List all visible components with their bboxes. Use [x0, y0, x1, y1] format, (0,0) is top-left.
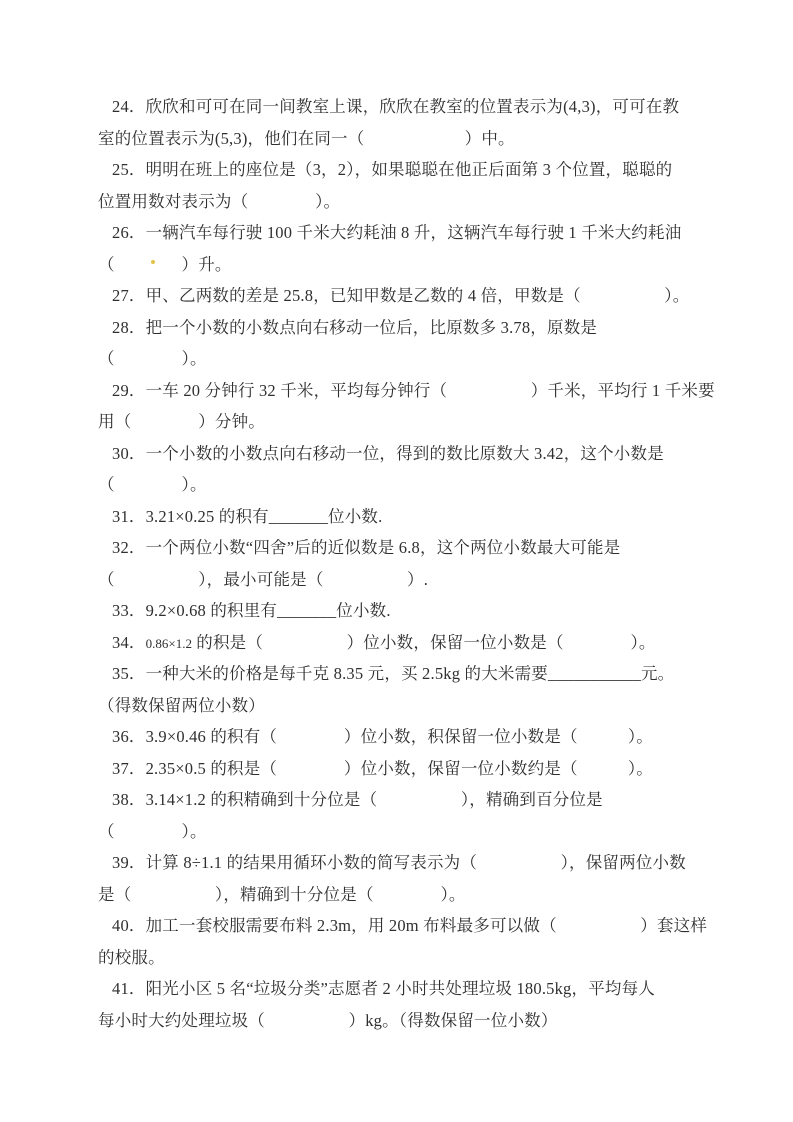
question-line: 40．加工一套校服需要布料 2.3m，用 20m 布料最多可以做（ ）套这样	[98, 910, 698, 942]
question-24: 24．欣欣和可可在同一间教室上课，欣欣在教室的位置表示为(4,3)，可可在教室的…	[98, 91, 698, 154]
question-line: 36．3.9×0.46 的积有（ ）位小数，积保留一位小数是（ ）。	[98, 721, 698, 753]
question-34: 34．0.86×1.2 的积是（ ）位小数，保留一位小数是（ ）。	[98, 627, 698, 659]
question-line: 37．2.35×0.5 的积是（ ）位小数，保留一位小数约是（ ）。	[98, 753, 698, 785]
question-line: 的校服。	[98, 942, 698, 974]
question-37: 37．2.35×0.5 的积是（ ）位小数，保留一位小数约是（ ）。	[98, 753, 698, 785]
question-29: 29．一车 20 分钟行 32 千米，平均每分钟行（ ）千米，平均行 1 千米要…	[98, 375, 698, 438]
question-line: 是（ ），精确到十分位是（ ）。	[98, 879, 698, 911]
question-35: 35．一种大米的价格是每千克 8.35 元，买 2.5kg 的大米需要_____…	[98, 658, 698, 721]
worksheet-page: 24．欣欣和可可在同一间教室上课，欣欣在教室的位置表示为(4,3)，可可在教室的…	[0, 0, 793, 1122]
question-line: （ ），最小可能是（ ）.	[98, 564, 698, 596]
question-line: 27．甲、乙两数的差是 25.8，已知甲数是乙数的 4 倍，甲数是（ ）。	[98, 280, 698, 312]
question-line: 位置用数对表示为（ ）。	[98, 186, 698, 218]
question-line: 24．欣欣和可可在同一间教室上课，欣欣在教室的位置表示为(4,3)，可可在教	[98, 91, 698, 123]
question-25: 25．明明在班上的座位是（3，2），如果聪聪在他正后面第 3 个位置，聪聪的位置…	[98, 154, 698, 217]
question-line: （得数保留两位小数）	[98, 690, 698, 722]
question-line: （ ）升。	[98, 249, 698, 281]
question-line: 31．3.21×0.25 的积有_______位小数.	[98, 501, 698, 533]
question-26: 26．一辆汽车每行驶 100 千米大约耗油 8 升，这辆汽车每行驶 1 千米大约…	[98, 217, 698, 280]
question-line: 33．9.2×0.68 的积里有_______位小数.	[98, 595, 698, 627]
question-33: 33．9.2×0.68 的积里有_______位小数.	[98, 595, 698, 627]
question-40: 40．加工一套校服需要布料 2.3m，用 20m 布料最多可以做（ ）套这样的校…	[98, 910, 698, 973]
question-line: 32．一个两位小数“四舍”后的近似数是 6.8，这个两位小数最大可能是	[98, 532, 698, 564]
question-30: 30．一个小数的小数点向右移动一位，得到的数比原数大 3.42，这个小数是（ ）…	[98, 438, 698, 501]
question-line: 26．一辆汽车每行驶 100 千米大约耗油 8 升，这辆汽车每行驶 1 千米大约…	[98, 217, 698, 249]
question-line: 30．一个小数的小数点向右移动一位，得到的数比原数大 3.42，这个小数是	[98, 438, 698, 470]
question-36: 36．3.9×0.46 的积有（ ）位小数，积保留一位小数是（ ）。	[98, 721, 698, 753]
question-27: 27．甲、乙两数的差是 25.8，已知甲数是乙数的 4 倍，甲数是（ ）。	[98, 280, 698, 312]
question-line: 29．一车 20 分钟行 32 千米，平均每分钟行（ ）千米，平均行 1 千米要	[98, 375, 698, 407]
question-line: 39．计算 8÷1.1 的结果用循环小数的简写表示为（ ），保留两位小数	[98, 847, 698, 879]
question-31: 31．3.21×0.25 的积有_______位小数.	[98, 501, 698, 533]
question-32: 32．一个两位小数“四舍”后的近似数是 6.8，这个两位小数最大可能是（ ），最…	[98, 532, 698, 595]
question-line: （ ）。	[98, 343, 698, 375]
question-line: 35．一种大米的价格是每千克 8.35 元，买 2.5kg 的大米需要_____…	[98, 658, 698, 690]
question-line: （ ）。	[98, 469, 698, 501]
stray-yellow-dot	[151, 260, 155, 264]
question-list: 24．欣欣和可可在同一间教室上课，欣欣在教室的位置表示为(4,3)，可可在教室的…	[98, 91, 698, 1036]
question-line: （ ）。	[98, 816, 698, 848]
question-38: 38．3.14×1.2 的积精确到十分位是（ ），精确到百分位是（ ）。	[98, 784, 698, 847]
question-39: 39．计算 8÷1.1 的结果用循环小数的简写表示为（ ），保留两位小数是（ ）…	[98, 847, 698, 910]
question-line: 34．0.86×1.2 的积是（ ）位小数，保留一位小数是（ ）。	[98, 627, 698, 659]
question-line: 38．3.14×1.2 的积精确到十分位是（ ），精确到百分位是	[98, 784, 698, 816]
question-line: 28．把一个小数的小数点向右移动一位后，比原数多 3.78，原数是	[98, 312, 698, 344]
question-41: 41．阳光小区 5 名“垃圾分类”志愿者 2 小时共处理垃圾 180.5kg，平…	[98, 973, 698, 1036]
inline-equation: 0.86×1.2	[146, 636, 192, 651]
question-line: 每小时大约处理垃圾（ ）kg。（得数保留一位小数）	[98, 1005, 698, 1037]
question-line: 25．明明在班上的座位是（3，2），如果聪聪在他正后面第 3 个位置，聪聪的	[98, 154, 698, 186]
question-line: 41．阳光小区 5 名“垃圾分类”志愿者 2 小时共处理垃圾 180.5kg，平…	[98, 973, 698, 1005]
question-28: 28．把一个小数的小数点向右移动一位后，比原数多 3.78，原数是（ ）。	[98, 312, 698, 375]
question-line: 用（ ）分钟。	[98, 406, 698, 438]
question-line: 室的位置表示为(5,3)，他们在同一（ ）中。	[98, 123, 698, 155]
